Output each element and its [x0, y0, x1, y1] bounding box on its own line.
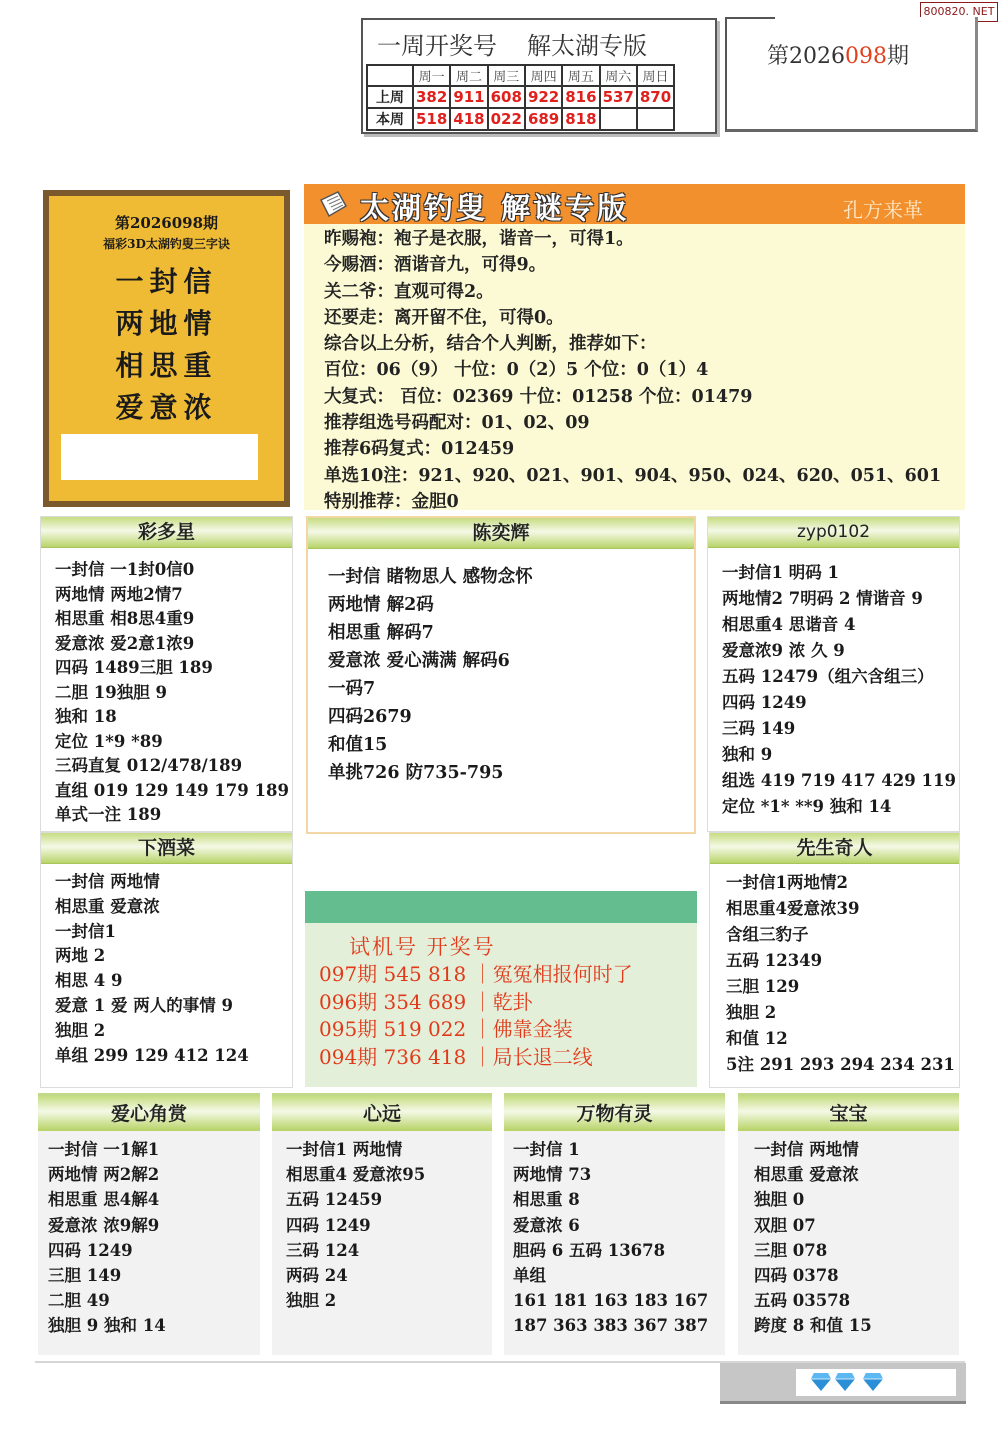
puzzle-title: 太湖钓叟 解谜专版 — [360, 186, 629, 227]
pick-line: 四码 1489三胆 189 — [55, 656, 292, 681]
pick-line: 相思重 8 — [513, 1187, 725, 1212]
pick-line: 三码直复 012/478/189 — [55, 754, 292, 779]
pick-line: 二胆 49 — [48, 1288, 260, 1313]
pick-line: 四码2679 — [328, 703, 694, 731]
draw-number: 608 — [488, 86, 525, 108]
pick-line: 一封信1两地情2 — [726, 870, 959, 896]
day-header: 周六 — [600, 65, 637, 86]
trial-row: 096期 354 689 ｜乾卦 — [319, 989, 697, 1017]
pick-line: 两地情 解2码 — [328, 591, 694, 619]
pick-line: 161 181 163 183 167 — [513, 1288, 725, 1313]
puzzle-header: 太湖钓叟 解谜专版 孔方来革 — [304, 184, 965, 224]
expert-name: 宝宝 — [738, 1093, 959, 1131]
pick-line: 爱意浓 浓9解9 — [48, 1213, 260, 1238]
day-header: 周日 — [637, 65, 674, 86]
draw-number: 816 — [562, 86, 599, 108]
weekly-subtitle: 解太湖专版 — [527, 32, 647, 60]
puzzle-line: 百位：06（9） 十位：0（2）5 个位：0（1）4 — [324, 357, 965, 383]
pick-line: 单组 — [513, 1263, 725, 1288]
day-header: 周五 — [562, 65, 599, 86]
pick-line: 一封信1 — [55, 920, 292, 945]
draw-number: 382 — [413, 86, 450, 108]
expert-name: 下酒菜 — [41, 833, 292, 864]
poem-line: 相思重 — [49, 350, 284, 382]
pick-line: 一封信 两地情 — [55, 870, 292, 895]
pick-line: 单挑726 防735-795 — [328, 759, 694, 787]
expert-name: 万物有灵 — [504, 1093, 725, 1131]
pick-line: 两地情2 7明码 2 情谐音 9 — [722, 586, 959, 612]
puzzle-lines: 昨赐袍：袍子是衣服，谐音一，可得1。 今赐酒：酒谐音九，可得9。 关二爷：直观可… — [304, 224, 965, 515]
expert-box-wanwuyouling: 万物有灵 一封信 1 两地情 73 相思重 8 爱意浓 6 胆码 6 五码 13… — [504, 1093, 725, 1355]
pick-line: 独胆 2 — [55, 1019, 292, 1044]
scroll-document-icon — [318, 190, 348, 218]
expert-box-baobao: 宝宝 一封信 两地情 相思重 爱意浓 独胆 0 双胆 07 三胆 078 四码 … — [738, 1093, 959, 1355]
pick-line: 四码 0378 — [754, 1263, 959, 1288]
pick-line: 相思重 爱意浓 — [55, 895, 292, 920]
pick-line: 五码 12459 — [286, 1187, 492, 1212]
poem-line: 爱意浓 — [49, 392, 284, 424]
pick-line: 独和 9 — [722, 742, 959, 768]
pick-line: 胆码 6 五码 13678 — [513, 1238, 725, 1263]
trial-row: 094期 736 418 ｜局长退二线 — [319, 1044, 697, 1072]
expert-picks: 一封信 两地情 相思重 爱意浓 一封信1 两地 2 相思 4 9 爱意 1 爱 … — [41, 864, 292, 1068]
expert-picks: 一封信 两地情 相思重 爱意浓 独胆 0 双胆 07 三胆 078 四码 037… — [738, 1131, 959, 1339]
pick-line: 单式一注 189 — [55, 803, 292, 828]
rating-gems — [796, 1369, 956, 1396]
expert-box-zyp0102: zyp0102 一封信1 明码 1 两地情2 7明码 2 情谐音 9 相思重4 … — [707, 516, 960, 832]
trial-row: 097期 545 818 ｜冤冤相报何时了 — [319, 961, 697, 989]
expert-picks: 一封信 睹物思人 感物念怀 两地情 解2码 相思重 解码7 爱意浓 爱心满满 解… — [308, 549, 694, 787]
pick-line: 五码 03578 — [754, 1288, 959, 1313]
puzzle-line: 关二爷：直观可得2。 — [324, 279, 965, 305]
pick-line: 三胆 078 — [754, 1238, 959, 1263]
puzzle-author: 孔方来革 — [843, 194, 923, 223]
pick-line: 一码7 — [328, 675, 694, 703]
pick-line: 相思 4 9 — [55, 969, 292, 994]
riddle-poem-panel: 第2026098期 福彩3D太湖钓叟三字诀 一封信 两地情 相思重 爱意浓 — [43, 190, 290, 507]
expert-box-aixinjiaoshang: 爱心角赏 一封信 一1解1 两地情 两2解2 相思重 思4解4 爱意浓 浓9解9… — [38, 1093, 260, 1355]
issue-number: 第2026098期 — [767, 39, 909, 70]
pick-line: 三码 124 — [286, 1238, 492, 1263]
pick-line: 相思重4 爱意浓95 — [286, 1162, 492, 1187]
puzzle-solution-panel: 太湖钓叟 解谜专版 孔方来革 昨赐袍：袍子是衣服，谐音一，可得1。 今赐酒：酒谐… — [304, 184, 965, 510]
expert-name: 彩多星 — [41, 517, 292, 548]
expert-box-xiajiucai: 下酒菜 一封信 两地情 相思重 爱意浓 一封信1 两地 2 相思 4 9 爱意 … — [40, 832, 293, 1088]
pick-line: 两地情 两地2情7 — [55, 583, 292, 608]
pick-line: 爱意浓 爱心满满 解码6 — [328, 647, 694, 675]
pick-line: 单组 299 129 412 124 — [55, 1044, 292, 1069]
table-header-row: 周一 周二 周三 周四 周五 周六 周日 — [367, 65, 674, 86]
draw-number: 689 — [525, 108, 562, 130]
draw-number: 818 — [562, 108, 599, 130]
pick-line: 相思重4 思谐音 4 — [722, 612, 959, 638]
diamond-icon — [862, 1372, 884, 1392]
trial-header-bar — [305, 891, 697, 923]
pick-line: 一封信 睹物思人 感物念怀 — [328, 563, 694, 591]
expert-picks: 一封信 1 两地情 73 相思重 8 爱意浓 6 胆码 6 五码 13678 单… — [504, 1131, 725, 1339]
weekly-draws-panel: 一周开奖号解太湖专版 周一 周二 周三 周四 周五 周六 周日 上周 382 9… — [361, 18, 717, 134]
puzzle-line: 单选10注：921、920、021、901、904、950、024、620、05… — [324, 463, 965, 489]
pick-line: 相思重4爱意浓39 — [726, 896, 959, 922]
draw-number: 537 — [600, 86, 637, 108]
pick-line: 三胆 129 — [726, 974, 959, 1000]
trial-title: 试机号 开奖号 — [305, 923, 697, 961]
pick-line: 爱意浓 爱2意1浓9 — [55, 632, 292, 657]
pick-line: 跨度 8 和值 15 — [754, 1313, 959, 1338]
pick-line: 爱意 1 爱 两人的事情 9 — [55, 994, 292, 1019]
poem-issue: 第2026098期 — [49, 212, 284, 233]
pick-line: 相思重 爱意浓 — [754, 1162, 959, 1187]
trial-rows: 097期 545 818 ｜冤冤相报何时了 096期 354 689 ｜乾卦 0… — [305, 961, 697, 1071]
puzzle-line: 推荐6码复式：012459 — [324, 436, 965, 462]
expert-box-chenyihui: 陈奕辉 一封信 睹物思人 感物念怀 两地情 解2码 相思重 解码7 爱意浓 爱心… — [306, 516, 696, 834]
pick-line: 五码 12349 — [726, 948, 959, 974]
draw-number: 922 — [525, 86, 562, 108]
pick-line: 二胆 19独胆 9 — [55, 681, 292, 706]
pick-line: 一封信 两地情 — [754, 1137, 959, 1162]
pick-line: 独胆 9 独和 14 — [48, 1313, 260, 1338]
pick-line: 定位 *1* **9 独和 14 — [722, 794, 959, 820]
pick-line: 含组三豹子 — [726, 922, 959, 948]
pick-line: 独胆 2 — [726, 1000, 959, 1026]
expert-name: zyp0102 — [708, 517, 959, 548]
weekly-title: 一周开奖号 — [377, 32, 497, 60]
draw-number: 911 — [450, 86, 487, 108]
draw-number — [600, 108, 637, 130]
table-row: 本周 518 418 022 689 818 — [367, 108, 674, 130]
pick-line: 相思重 相8思4重9 — [55, 607, 292, 632]
pick-line: 爱意浓9 浓 久 9 — [722, 638, 959, 664]
row-label: 本周 — [367, 108, 413, 130]
expert-box-xianshengqiren: 先生奇人 一封信1两地情2 相思重4爱意浓39 含组三豹子 五码 12349 三… — [709, 832, 960, 1088]
pick-line: 直组 019 129 149 179 189 — [55, 779, 292, 804]
puzzle-line: 综合以上分析，结合个人判断，推荐如下： — [324, 331, 965, 357]
expert-picks: 一封信 一1解1 两地情 两2解2 相思重 思4解4 爱意浓 浓9解9 四码 1… — [38, 1131, 260, 1339]
pick-line: 一封信 一1解1 — [48, 1137, 260, 1162]
pick-line: 187 363 383 367 387 — [513, 1313, 725, 1338]
draw-number: 518 — [413, 108, 450, 130]
pick-line: 双胆 07 — [754, 1213, 959, 1238]
expert-box-xinyuan: 心远 一封信1 两地情 相思重4 爱意浓95 五码 12459 四码 1249 … — [272, 1093, 492, 1355]
draw-number — [637, 108, 674, 130]
pick-line: 三胆 149 — [48, 1263, 260, 1288]
blank-area — [61, 434, 258, 480]
day-header: 周四 — [525, 65, 562, 86]
pick-line: 和值15 — [328, 731, 694, 759]
poem-line: 一封信 — [49, 266, 284, 298]
weekly-draws-table: 周一 周二 周三 周四 周五 周六 周日 上周 382 911 608 922 … — [366, 64, 675, 131]
trial-row: 095期 519 022 ｜佛靠金装 — [319, 1016, 697, 1044]
draw-number: 022 — [488, 108, 525, 130]
pick-line: 相思重 解码7 — [328, 619, 694, 647]
diamond-icon — [810, 1372, 832, 1392]
pick-line: 五码 12479（组六含组三） — [722, 664, 959, 690]
table-row: 上周 382 911 608 922 816 537 870 — [367, 86, 674, 108]
expert-name: 爱心角赏 — [38, 1093, 260, 1131]
day-header: 周三 — [488, 65, 525, 86]
puzzle-line: 推荐组选号码配对：01、02、09 — [324, 410, 965, 436]
expert-name: 陈奕辉 — [308, 518, 694, 549]
expert-picks: 一封信1 明码 1 两地情2 7明码 2 情谐音 9 相思重4 思谐音 4 爱意… — [708, 548, 959, 820]
puzzle-line: 还要走：离开留不住，可得0。 — [324, 305, 965, 331]
pick-line: 两码 24 — [286, 1263, 492, 1288]
pick-line: 爱意浓 6 — [513, 1213, 725, 1238]
pick-line: 一封信1 明码 1 — [722, 560, 959, 586]
puzzle-line: 今赐酒：酒谐音九，可得9。 — [324, 252, 965, 278]
pick-line: 独胆 2 — [286, 1288, 492, 1313]
pick-line: 独和 18 — [55, 705, 292, 730]
pick-line: 一封信1 两地情 — [286, 1137, 492, 1162]
pick-line: 相思重 思4解4 — [48, 1187, 260, 1212]
row-label: 上周 — [367, 86, 413, 108]
expert-name: 先生奇人 — [710, 833, 959, 864]
rating-panel — [720, 1363, 966, 1404]
pick-line: 组选 419 719 417 429 119 — [722, 768, 959, 794]
pick-line: 两地情 73 — [513, 1162, 725, 1187]
expert-picks: 一封信1 两地情 相思重4 爱意浓95 五码 12459 四码 1249 三码 … — [272, 1131, 492, 1313]
pick-line: 一封信 1 — [513, 1137, 725, 1162]
pick-line: 四码 1249 — [286, 1213, 492, 1238]
pick-line: 和值 12 — [726, 1026, 959, 1052]
pick-line: 定位 1*9 *89 — [55, 730, 292, 755]
pick-line: 两地 2 — [55, 944, 292, 969]
weekly-draws-title: 一周开奖号解太湖专版 — [377, 26, 677, 61]
pick-line: 独胆 0 — [754, 1187, 959, 1212]
pick-line: 5注 291 293 294 234 231 — [726, 1052, 959, 1078]
pick-line: 三码 149 — [722, 716, 959, 742]
pick-line: 两地情 两2解2 — [48, 1162, 260, 1187]
expert-picks: 一封信1两地情2 相思重4爱意浓39 含组三豹子 五码 12349 三胆 129… — [710, 864, 959, 1078]
issue-highlight: 098 — [845, 44, 887, 69]
poem-line: 两地情 — [49, 308, 284, 340]
expert-picks: 一封信 一1封0信0 两地情 两地2情7 相思重 相8思4重9 爱意浓 爱2意1… — [41, 548, 292, 828]
draw-number: 870 — [637, 86, 674, 108]
pick-line: 四码 1249 — [48, 1238, 260, 1263]
puzzle-line: 特别推荐：金胆0 — [324, 489, 965, 515]
expert-name: 心远 — [272, 1093, 492, 1131]
pick-line: 一封信 一1封0信0 — [55, 558, 292, 583]
puzzle-line: 昨赐袍：袍子是衣服，谐音一，可得1。 — [324, 226, 965, 252]
diamond-icon — [834, 1372, 856, 1392]
puzzle-line: 大复式： 百位：02369 十位：01258 个位：01479 — [324, 384, 965, 410]
poem-subtitle: 福彩3D太湖钓叟三字诀 — [49, 235, 284, 252]
day-header: 周二 — [450, 65, 487, 86]
pick-line: 四码 1249 — [722, 690, 959, 716]
trial-draw-panel: 试机号 开奖号 097期 545 818 ｜冤冤相报何时了 096期 354 6… — [305, 891, 697, 1087]
draw-number: 418 — [450, 108, 487, 130]
issue-panel: 第2026098期 — [725, 17, 978, 132]
day-header: 周一 — [413, 65, 450, 86]
expert-box-caiduoxing: 彩多星 一封信 一1封0信0 两地情 两地2情7 相思重 相8思4重9 爱意浓 … — [40, 516, 293, 832]
